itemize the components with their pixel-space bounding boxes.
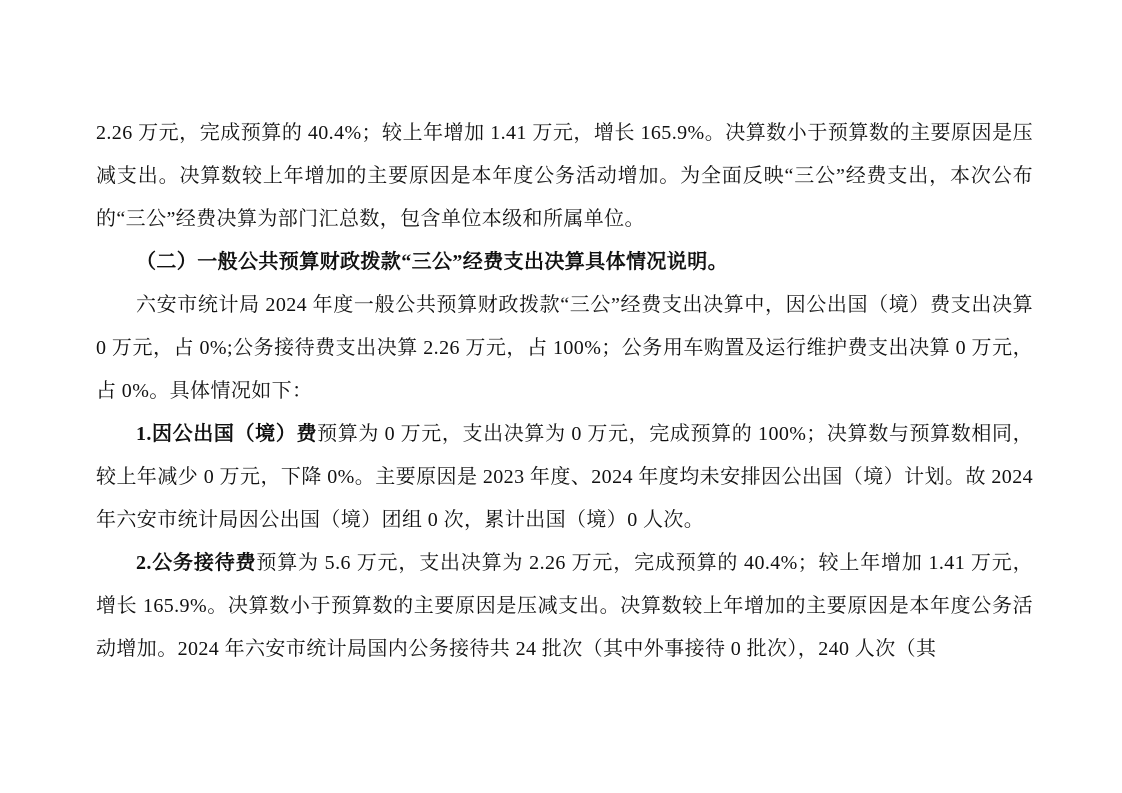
item-2-title: 2.公务接待费 [136, 552, 256, 574]
paragraph-item-2: 2.公务接待费预算为 5.6 万元，支出决算为 2.26 万元，完成预算的 40… [96, 542, 1033, 671]
paragraph-overview-text: 六安市统计局 2024 年度一般公共预算财政拨款“三公”经费支出决算中，因公出国… [96, 294, 1033, 402]
section-heading-text: （二）一般公共预算财政拨款“三公”经费支出决算具体情况说明。 [136, 251, 728, 273]
document-page: 2.26 万元，完成预算的 40.4%；较上年增加 1.41 万元，增长 165… [0, 0, 1122, 793]
paragraph-continuation: 2.26 万元，完成预算的 40.4%；较上年增加 1.41 万元，增长 165… [96, 112, 1033, 241]
paragraph-item-1: 1.因公出国（境）费预算为 0 万元，支出决算为 0 万元，完成预算的 100%… [96, 413, 1033, 542]
item-1-title: 1.因公出国（境）费 [136, 423, 317, 445]
section-heading: （二）一般公共预算财政拨款“三公”经费支出决算具体情况说明。 [96, 241, 1033, 284]
document-body: 2.26 万元，完成预算的 40.4%；较上年增加 1.41 万元，增长 165… [96, 112, 1033, 671]
paragraph-overview: 六安市统计局 2024 年度一般公共预算财政拨款“三公”经费支出决算中，因公出国… [96, 284, 1033, 413]
paragraph-continuation-text: 2.26 万元，完成预算的 40.4%；较上年增加 1.41 万元，增长 165… [96, 122, 1033, 230]
